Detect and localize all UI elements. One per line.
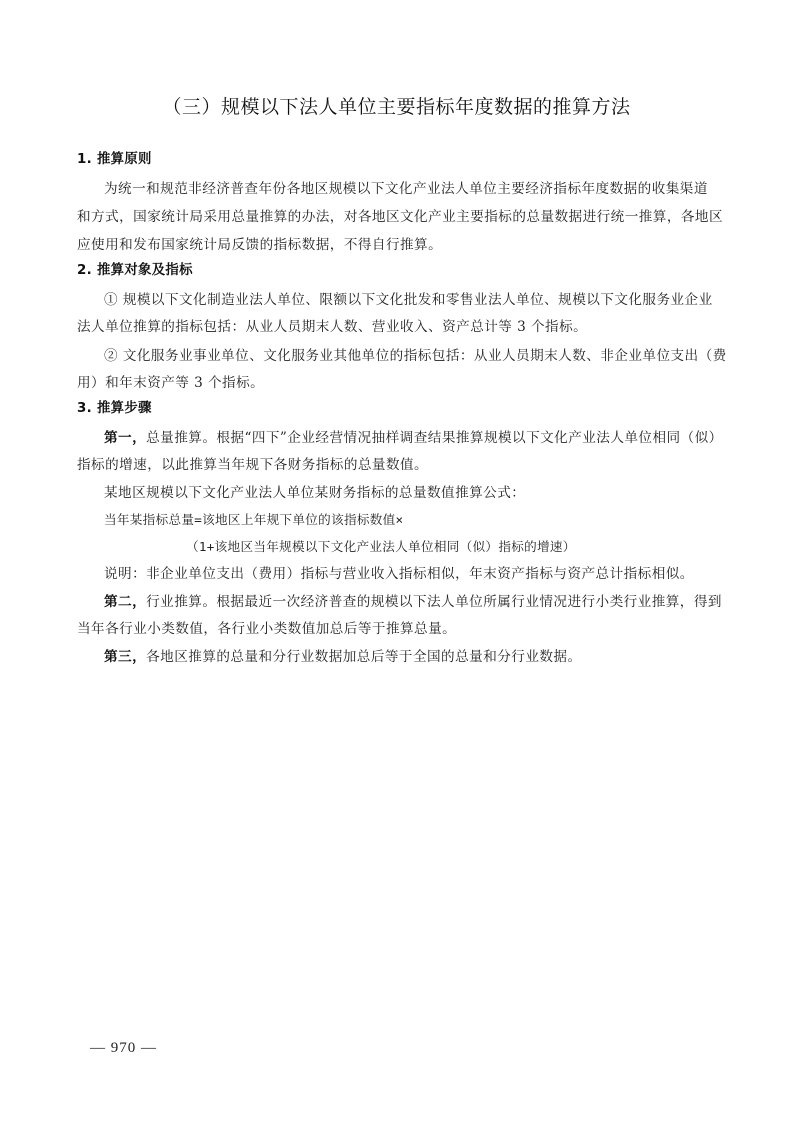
paragraph-line: 某地区规模以下文化产业法人单位某财务指标的总量数值推算公式： (104, 484, 525, 502)
formula-line: 当年某指标总量=该地区上年规下单位的该指标数值× (104, 511, 403, 529)
paragraph-line: 指标的增速，以此推算当年规下各财务指标的总量数值。 (77, 456, 428, 474)
paragraph-line: 当年各行业小类数值，各行业小类数值加总后等于推算总量。 (77, 620, 456, 638)
step-one-line: 第一，总量推算。根据“四下”企业经营情况抽样调查结果推算规模以下文化产业法人单位… (104, 429, 723, 447)
section-heading-objects: 2. 推算对象及指标 (77, 262, 193, 280)
paragraph-line: ② 文化服务业事业单位、文化服务业其他单位的指标包括：从业人员期末人数、非企业单… (104, 347, 727, 365)
step-lead: 第一， (104, 430, 146, 446)
paragraph-line: ① 规模以下文化制造业法人单位、限额以下文化批发和零售业法人单位、规模以下文化服… (104, 291, 713, 309)
page-number: — 970 — (90, 1040, 157, 1057)
paragraph-line: 说明：非企业单位支出（费用）指标与营业收入指标相似，年末资产指标与资产总计指标相… (104, 565, 694, 583)
section-heading-principle: 1. 推算原则 (77, 151, 152, 169)
paragraph-line: 法人单位推算的指标包括：从业人员期末人数、营业收入、资产总计等 3 个指标。 (77, 318, 587, 336)
paragraph-line: 应使用和发布国家统计局反馈的指标数据，不得自行推算。 (77, 236, 442, 254)
paragraph-text: 各地区推算的总量和分行业数据加总后等于全国的总量和分行业数据。 (146, 649, 581, 665)
document-page: （三）规模以下法人单位主要指标年度数据的推算方法 1. 推算原则 为统一和规范非… (0, 0, 793, 1122)
paragraph-line: 为统一和规范非经济普查年份各地区规模以下文化产业法人单位主要经济指标年度数据的收… (104, 180, 708, 198)
paragraph-line: 和方式，国家统计局采用总量推算的办法，对各地区文化产业主要指标的总量数据进行统一… (77, 208, 723, 226)
paragraph-text: 行业推算。根据最近一次经济普查的规模以下法人单位所属行业情况进行小类行业推算，得… (146, 594, 722, 610)
step-lead: 第二， (104, 594, 146, 610)
section-heading-steps: 3. 推算步骤 (77, 400, 152, 418)
formula-line: （1+该地区当年规模以下文化产业法人单位相同（似）指标的增速） (186, 538, 576, 556)
step-two-line: 第二，行业推算。根据最近一次经济普查的规模以下法人单位所属行业情况进行小类行业推… (104, 593, 722, 611)
step-three-line: 第三，各地区推算的总量和分行业数据加总后等于全国的总量和分行业数据。 (104, 648, 582, 666)
step-lead: 第三， (104, 649, 146, 665)
page-title: （三）规模以下法人单位主要指标年度数据的推算方法 (0, 92, 793, 119)
paragraph-text: 总量推算。根据“四下”企业经营情况抽样调查结果推算规模以下文化产业法人单位相同（… (146, 430, 723, 446)
paragraph-line: 用）和年末资产等 3 个指标。 (77, 374, 264, 392)
